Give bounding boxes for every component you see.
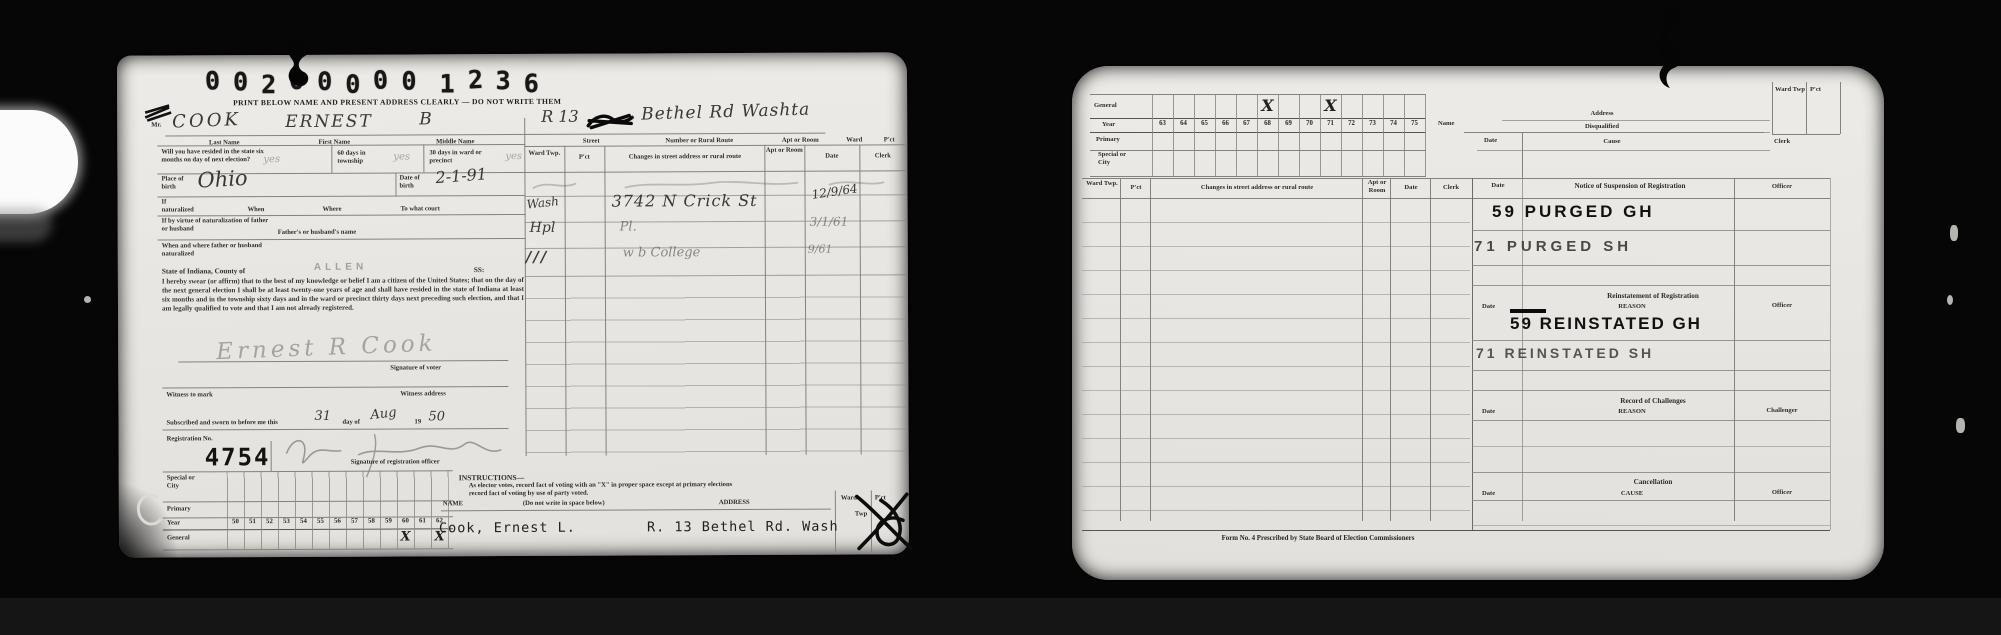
year-cell: 57: [346, 518, 363, 525]
year-cell: 73: [1362, 120, 1383, 127]
sworn-month: Aug: [370, 405, 398, 423]
rule-line: [1472, 390, 1830, 391]
header-clerk: Clerk: [1432, 184, 1470, 192]
rule-line: [271, 441, 272, 471]
residency-answer-3: yes: [505, 151, 522, 162]
serial-digit: 0: [401, 66, 416, 95]
vote-mark-cell: [414, 529, 431, 544]
serial-digit: 1: [439, 69, 454, 98]
handwritten-first-name: ERNEST: [285, 112, 373, 132]
rule-line: [1472, 446, 1830, 447]
vote-mark-cell: [380, 530, 397, 545]
purged-stamp-71: 71 PURGED SH: [1474, 238, 1632, 255]
vote-mark-cell: [227, 530, 244, 545]
year-cell: 58: [363, 518, 380, 525]
year-cell: 71: [1320, 120, 1341, 127]
vote-mark-cell: [1341, 96, 1362, 115]
label-apt-or-room-top: Apt or Room: [767, 137, 833, 145]
affidavit-ss: SS:: [474, 266, 484, 274]
reinstatement-date-label: Date: [1482, 303, 1495, 311]
prefix-mr: Mr.: [151, 122, 161, 130]
reinstatement-reason-label: REASON: [1532, 303, 1732, 311]
change-row-address: 3742 N Crick St: [612, 191, 758, 211]
top-instruction: PRINT BELOW NAME AND PRESENT ADDRESS CLE…: [233, 97, 561, 107]
label-registration-no: Registration No.: [167, 435, 213, 443]
handwritten-place-of-birth: Ohio: [197, 166, 248, 193]
sworn-year: 50: [428, 409, 445, 424]
change-row-date: 3/1/61: [810, 215, 849, 229]
label-to-what-court: To what court: [401, 205, 440, 213]
vote-mark-cell: [1299, 96, 1320, 115]
year-cell: 56: [329, 518, 346, 525]
rule-line: [165, 133, 825, 137]
reinstatement-title: Reinstatement of Registration: [1476, 292, 1830, 300]
label-primary: Primary: [1096, 136, 1120, 144]
sworn-text-1: Subscribed and sworn to before me this: [166, 419, 277, 427]
change-row-ward: Wash: [526, 194, 560, 211]
label-witness-to-mark: Witness to mark: [166, 391, 212, 399]
rule-line: [395, 173, 396, 197]
rule-line: [158, 214, 526, 217]
cancellation-officer-label: Officer: [1736, 489, 1828, 497]
empty-ruled-rows: [1082, 199, 1470, 521]
general-votes-row: XX: [1152, 96, 1425, 115]
typed-voter-name: Cook, Ernest L.: [439, 520, 576, 537]
rule-line: [1806, 82, 1807, 134]
affidavit-state-line: State of Indiana, County of: [162, 267, 245, 276]
challenges-date-label: Date: [1482, 408, 1495, 416]
year-cell: 52: [261, 518, 278, 525]
label-when-where-father: When and where father or husband natural…: [162, 242, 282, 258]
label-address: Address: [1542, 110, 1662, 118]
label-by-virtue: If by virtue of naturalization of father…: [162, 217, 272, 233]
vote-mark-cell: [1152, 96, 1173, 115]
rule-line: [1502, 132, 1770, 133]
year-cell: 74: [1383, 120, 1404, 127]
serial-digit: 2: [467, 65, 484, 95]
year-cell: 68: [1257, 120, 1278, 127]
sworn-text-3: 19: [414, 418, 421, 426]
ink-blot: [278, 38, 330, 90]
label-if: If: [162, 199, 167, 207]
rule-line: [331, 145, 332, 173]
year-cell: 72: [1341, 120, 1362, 127]
change-row-ward: Hpl: [530, 220, 556, 236]
rule-line: [178, 360, 508, 362]
vote-mark-cell: [1278, 96, 1299, 115]
film-light-leak: [0, 110, 78, 214]
typed-voter-address: R. 13 Bethel Rd. Wash: [647, 519, 839, 536]
rule-line: [1472, 420, 1830, 421]
rule-line: [1472, 285, 1830, 286]
residency-answer-1: yes: [263, 154, 280, 165]
serial-digit: 0: [204, 66, 221, 96]
reinstated-stamp-59: 59 REINSTATED GH: [1510, 314, 1702, 334]
header-date: Date: [1392, 184, 1430, 192]
vote-mark-cell: [1173, 96, 1194, 115]
label-ward-top: Ward: [837, 136, 871, 144]
purged-stamp-59: 59 PURGED GH: [1492, 202, 1655, 222]
header-pct: P'ct: [565, 154, 603, 162]
county-stamp: ALLEN: [314, 262, 367, 273]
rule-line: [1090, 176, 1426, 177]
year-cell: 67: [1236, 120, 1257, 127]
challenges-reason-label: REASON: [1532, 408, 1732, 416]
cancellation-x-scribble: [847, 490, 919, 552]
cancellation-title: Cancellation: [1476, 478, 1830, 486]
change-row-address: Pl.: [620, 219, 637, 234]
label-ward-twp: Ward Twp: [1775, 86, 1805, 94]
handwritten-street: R 13: [541, 107, 579, 126]
affidavit-text: I hereby swear (or affirm) that to the b…: [162, 276, 524, 314]
rule-line: [1472, 370, 1830, 371]
film-speck: [1947, 295, 1953, 305]
suspension-date-label: Date: [1476, 182, 1520, 190]
serial-digit: 2: [261, 70, 276, 99]
registration-number-stamp: 4754: [205, 443, 271, 471]
header-changes: Changes in street address or rural route: [607, 153, 762, 161]
vote-mark-cell: X: [1320, 96, 1341, 115]
label-street: Street: [561, 138, 621, 146]
crossed-out-scribble: [585, 109, 635, 131]
rule-line: [1472, 472, 1830, 473]
vote-mark-cell: [329, 530, 346, 545]
handwritten-last-name: COOK: [172, 109, 242, 133]
rule-line: [158, 238, 526, 241]
header-date: Date: [805, 152, 858, 160]
empty-ruled-rows: [525, 275, 907, 457]
vote-mark-cell: [261, 530, 278, 545]
header-ward-twp: Ward Twp.: [525, 150, 563, 158]
rule-line: [1472, 500, 1830, 501]
year-cell: 61: [414, 517, 431, 524]
year-cell: 69: [1278, 120, 1299, 127]
label-name: Name: [1438, 120, 1454, 128]
vote-mark-cell: X: [1257, 96, 1278, 115]
vote-mark-cell: [1383, 96, 1404, 115]
year-cell: 55: [312, 518, 329, 525]
change-row-date: 9/61: [808, 243, 833, 256]
label-date-of-birth: Date of birth: [399, 174, 433, 189]
header-changes: Changes in street address or rural route: [1152, 184, 1362, 192]
rule-line: [1472, 230, 1830, 231]
label-name-bottom: NAME: [443, 500, 463, 508]
rule-line: [1502, 120, 1770, 121]
checkmark-scribble: [143, 103, 173, 121]
rule-line: [1472, 340, 1830, 341]
label-number-rural-route: Number or Rural Route: [629, 137, 769, 145]
reinstatement-officer-label: Officer: [1736, 302, 1828, 310]
header-apt-or-room: Apt or Room: [1363, 179, 1391, 194]
change-row-ward: ///: [526, 248, 549, 266]
suspension-title: Notice of Suspension of Registration: [1528, 182, 1732, 190]
label-when: When: [248, 206, 265, 214]
header-ward-twp: Ward Twp.: [1084, 180, 1120, 188]
rule-line: [1830, 178, 1831, 530]
vote-mark-cell: [346, 530, 363, 545]
vote-mark-cell: [1362, 96, 1383, 115]
label-date: Date: [1484, 137, 1497, 145]
vote-mark-cell: [278, 530, 295, 545]
microfilm-frame: 002000001236 PRINT BELOW NAME AND PRESEN…: [0, 0, 2001, 635]
serial-digit: 6: [524, 69, 539, 98]
header-apt-or-room: Apt or Room: [765, 147, 803, 155]
label-signature-of-registration-officer: Signature of registration officer: [351, 458, 440, 466]
rule-line: [1772, 82, 1773, 134]
rule-line: [158, 195, 526, 198]
year-header-row: 50515253545556575859606162: [227, 517, 448, 525]
film-speck: [1956, 418, 1965, 433]
challenges-challenger-label: Challenger: [1736, 407, 1828, 415]
vote-mark-cell: [244, 530, 261, 545]
year-cell: 50: [227, 518, 244, 525]
label-where: Where: [323, 206, 342, 214]
year-cell: 75: [1404, 120, 1425, 127]
label-cause: Cause: [1572, 138, 1652, 146]
residency-question-2: 60 days in township: [337, 150, 389, 165]
year-header-row: 63646566676869707172737475: [1152, 120, 1425, 127]
vote-mark-cell: [295, 530, 312, 545]
residency-answer-2: yes: [393, 151, 410, 162]
film-speck: [84, 296, 91, 303]
rule-line: [1772, 134, 1840, 135]
rule-line: [1522, 132, 1523, 178]
vote-mark-cell: [1194, 96, 1215, 115]
label-naturalized: naturalized: [162, 206, 194, 214]
year-cell: 53: [278, 518, 295, 525]
label-disqualified: Disqualified: [1542, 123, 1662, 131]
vote-mark-cell: X: [397, 529, 414, 544]
rule-line: [1472, 525, 1830, 526]
serial-digit: 0: [233, 67, 248, 96]
sworn-text-2: day of: [342, 419, 359, 427]
year-cell: 54: [295, 518, 312, 525]
label-special-or-city: Special or City: [1098, 151, 1128, 166]
serial-digit: 0: [345, 70, 360, 99]
label-address-bottom: ADDRESS: [719, 499, 750, 507]
rule-line: [1472, 265, 1830, 266]
year-cell: 51: [244, 518, 261, 525]
vote-mark-cell: [312, 530, 329, 545]
year-cell: 70: [1299, 120, 1320, 127]
vote-mark-cell: [363, 530, 380, 545]
label-pct-top: P'ct: [874, 136, 904, 144]
serial-number-stamp: 002000001236: [205, 66, 539, 96]
voter-registration-card-front: 002000001236 PRINT BELOW NAME AND PRESEN…: [117, 52, 909, 557]
rule-line: [1840, 82, 1841, 134]
serial-digit: 0: [373, 65, 390, 95]
sworn-day: 31: [314, 409, 331, 424]
film-speck: [1950, 225, 1958, 241]
year-cell: 64: [1173, 120, 1194, 127]
vote-mark-cell: [1404, 96, 1425, 115]
label-witness-address: Witness address: [400, 390, 445, 398]
header-clerk: Clerk: [860, 152, 905, 160]
year-cell: 66: [1215, 120, 1236, 127]
rule-line: [1477, 150, 1770, 151]
year-cell: 65: [1194, 120, 1215, 127]
residency-question-3: 30 days in ward or precinct: [429, 149, 503, 165]
handwritten-address: Bethel Rd Washta: [641, 99, 811, 124]
label-general: General: [1094, 102, 1117, 110]
reinstated-stamp-71: 71 REINSTATED SH: [1476, 345, 1654, 361]
label-year: Year: [1102, 121, 1115, 129]
form-footer: Form No. 4 Prescribed by State Board of …: [1168, 535, 1468, 542]
label-do-not-write: (Do not write in space below): [523, 500, 605, 508]
header-pct: P'ct: [1122, 184, 1150, 192]
rule-line: [162, 386, 508, 389]
film-bottom-band: [0, 598, 2001, 635]
film-light-leak-tail: [0, 208, 52, 242]
rule-line: [525, 246, 906, 249]
rule-line: [524, 170, 905, 173]
label-father-name: Father's or husband's name: [278, 228, 428, 236]
year-cell: 60: [397, 517, 414, 524]
change-row-address: w b College: [623, 245, 701, 260]
rule-line: [441, 509, 831, 512]
serial-digit: 3: [496, 66, 511, 95]
label-pct: P'ct: [1810, 86, 1838, 94]
year-cell: 63: [1152, 120, 1173, 127]
year-cell: 59: [380, 518, 397, 525]
rule-line: [1082, 178, 1830, 179]
residency-question-1: Will you have resided in the state six m…: [161, 148, 273, 164]
instructions-title: INSTRUCTIONS—: [459, 473, 524, 482]
label-signature-of-voter: Signature of voter: [390, 364, 441, 372]
cancellation-cause-label: CAUSE: [1532, 490, 1732, 498]
rule-line: [423, 144, 424, 172]
vote-mark-cell: [1215, 96, 1236, 115]
general-votes-row: XX: [227, 529, 448, 545]
label-clerk: Clerk: [1774, 138, 1790, 146]
handwritten-date-of-birth: 2-1-91: [435, 164, 488, 187]
suspension-officer-label: Officer: [1736, 183, 1828, 191]
rule-line: [1082, 530, 1830, 531]
ink-blot: [1642, 2, 1698, 92]
label-place-of-birth: Place of birth: [161, 175, 195, 190]
cancellation-date-label: Date: [1482, 490, 1495, 498]
rule-line: [525, 220, 906, 223]
voter-registration-card-back: General Year Primary Special or City 636…: [1072, 66, 1884, 580]
challenges-title: Record of Challenges: [1476, 397, 1830, 405]
stamp-overbar: [1510, 309, 1546, 313]
vote-mark-cell: [1236, 96, 1257, 115]
handwritten-middle-initial: B: [419, 109, 432, 129]
